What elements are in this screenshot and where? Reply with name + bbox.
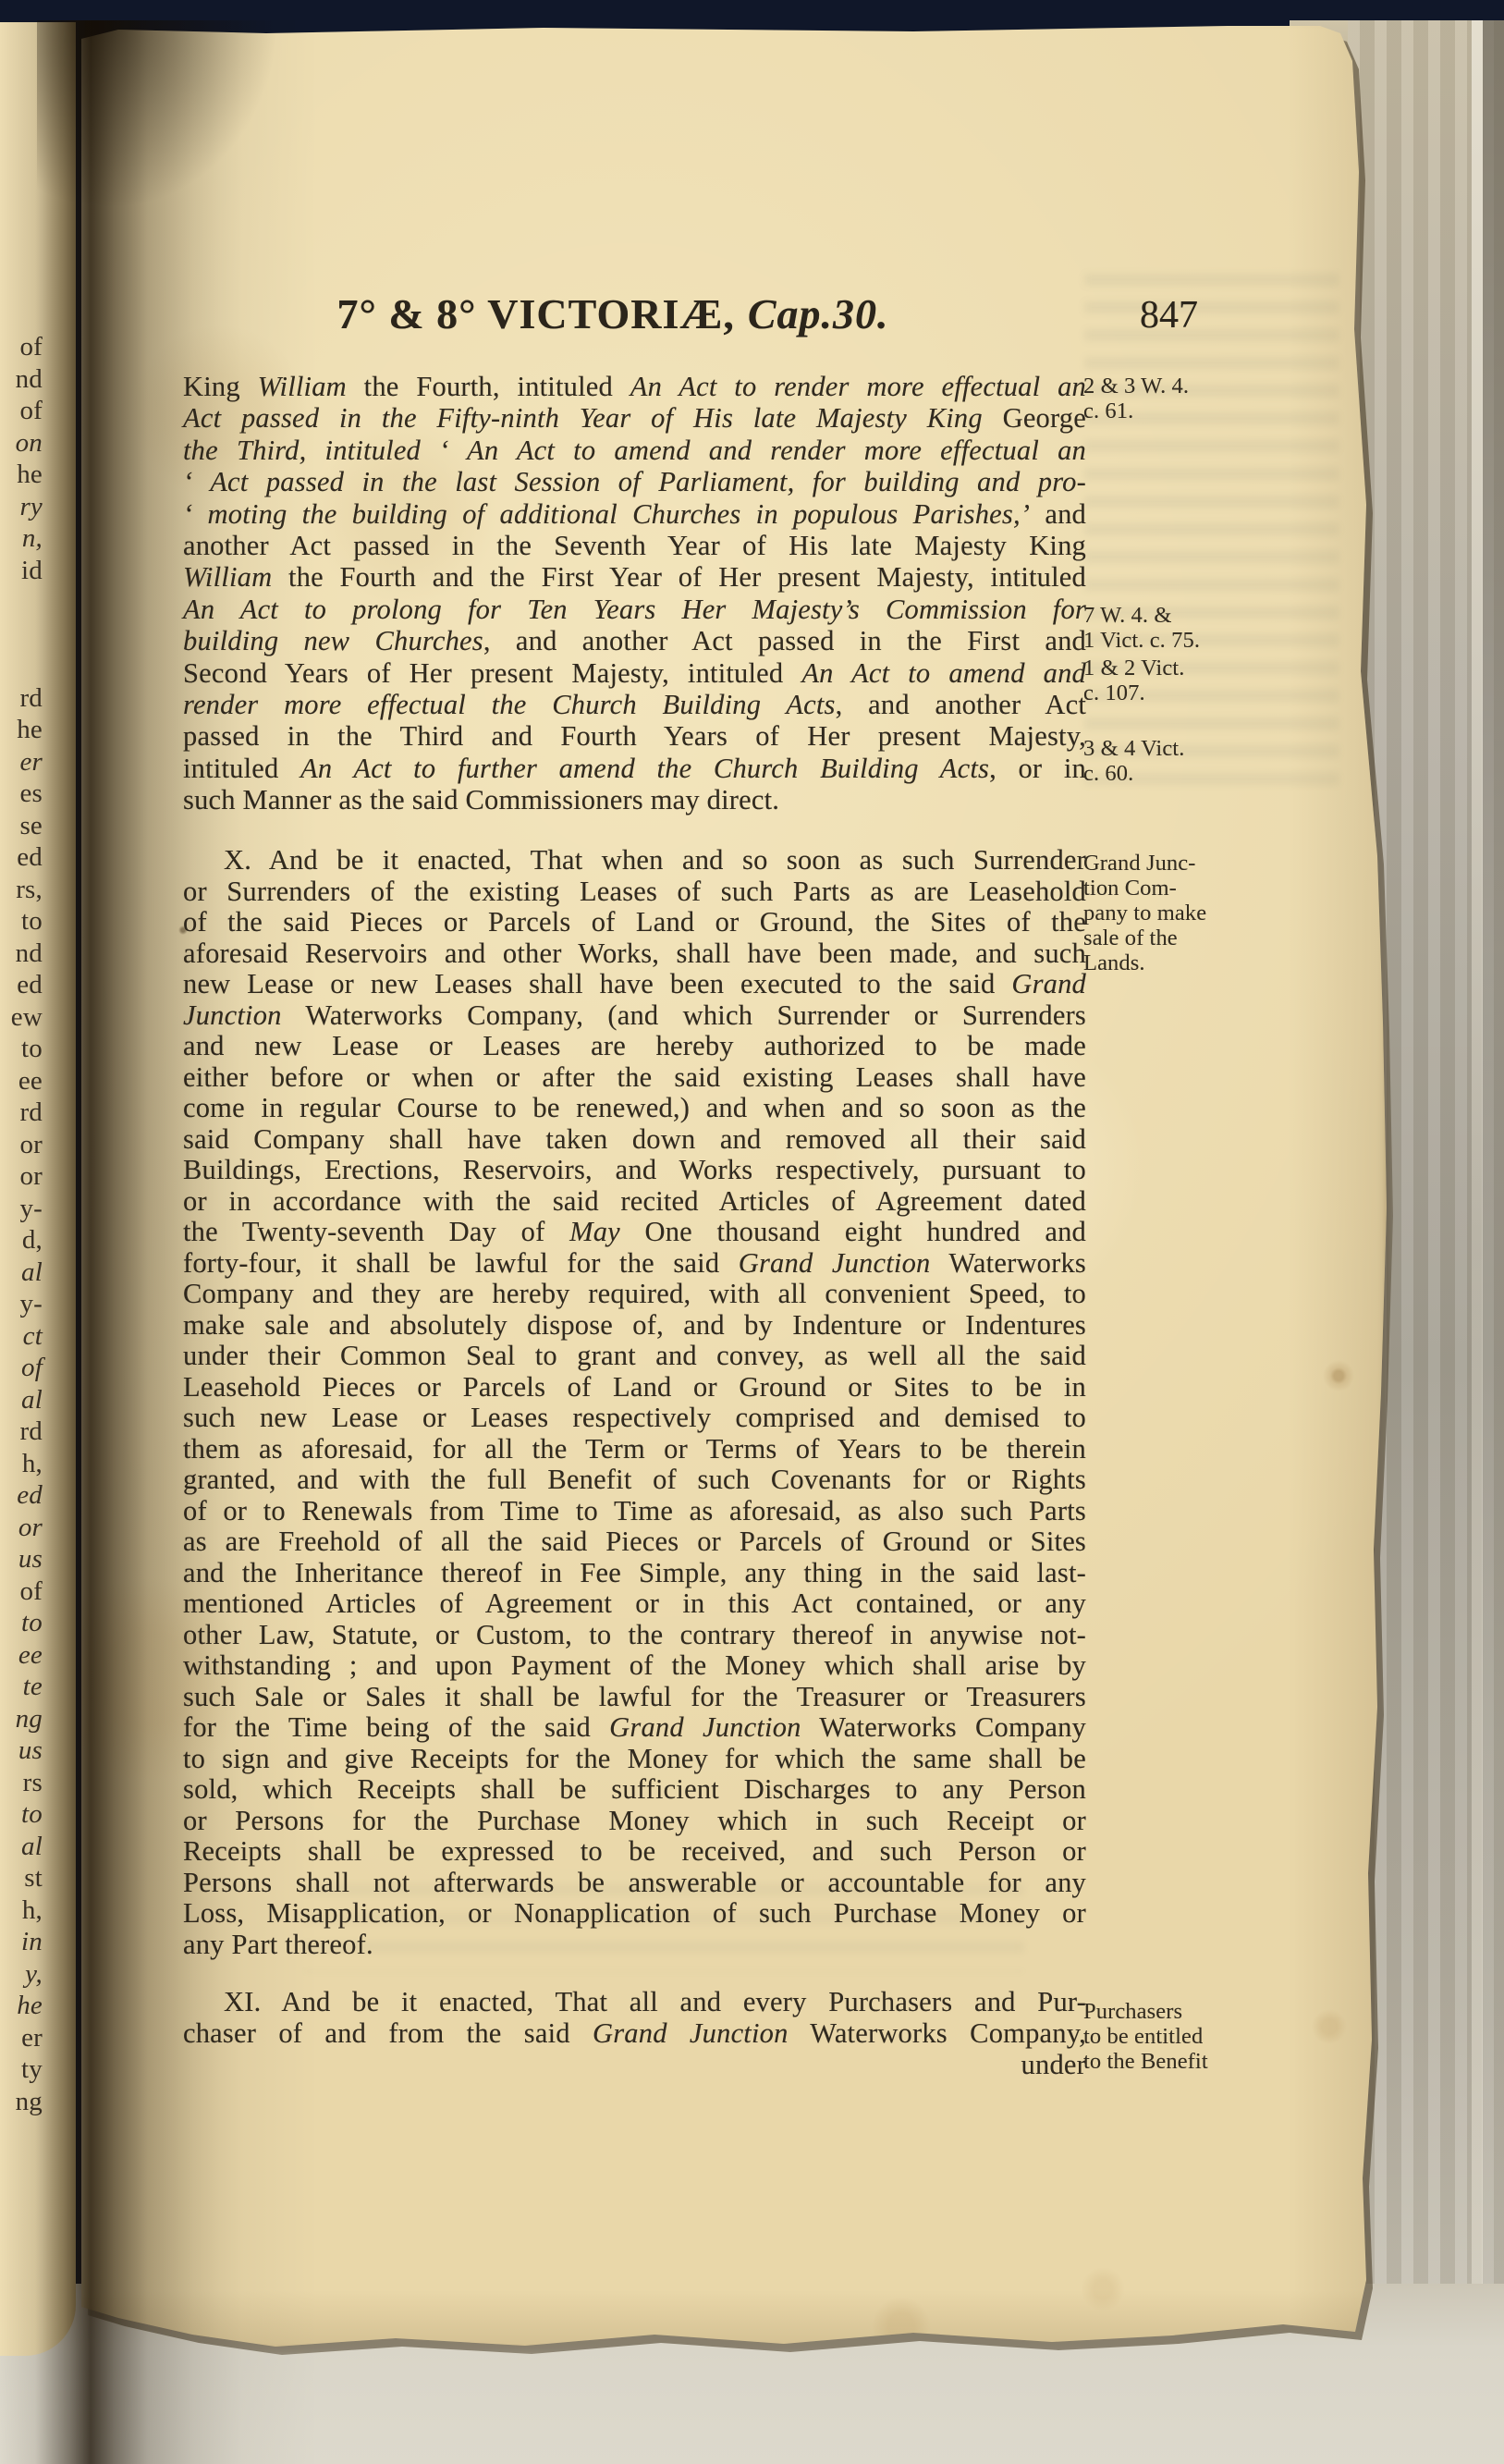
- roman-text: new Lease or new Leases shall have been …: [183, 968, 1011, 999]
- text-line: granted, and with the full Benefit of su…: [183, 1465, 1086, 1496]
- text-line: aforesaid Reservoirs and other Works, sh…: [183, 938, 1086, 970]
- text-line: under their Common Seal to grant and con…: [183, 1341, 1086, 1372]
- margin-note-line: pany to make: [1083, 901, 1314, 926]
- text-line: or Persons for the Purchase Money which …: [183, 1806, 1086, 1837]
- italic-text: us: [18, 1544, 43, 1574]
- text-line: the Third, intituled ‘ An Act to amend a…: [183, 435, 1086, 466]
- roman-text: withstanding ; and upon Payment of the M…: [183, 1649, 1086, 1681]
- page-edge-fragment: to: [0, 905, 43, 938]
- text-line: intituled An Act to further amend the Ch…: [183, 753, 1086, 784]
- margin-note-line: 3 & 4 Vict.: [1083, 736, 1314, 761]
- roman-text: 1 Vict. c. 75.: [1083, 628, 1200, 653]
- italic-text: te: [23, 1672, 43, 1701]
- roman-text: under their Common Seal to grant and con…: [183, 1340, 1086, 1371]
- italic-text: May: [569, 1216, 620, 1247]
- text-line: make sale and absolutely dispose of, and…: [183, 1310, 1086, 1342]
- italic-text: in: [21, 1927, 43, 1956]
- text-line: withstanding ; and upon Payment of the M…: [183, 1650, 1086, 1682]
- page-edge-fragment: y-: [0, 1193, 43, 1225]
- page-edge-fragment: ct: [0, 1320, 43, 1353]
- roman-text: of: [19, 396, 43, 425]
- page-edge-fragment: or: [0, 1512, 43, 1544]
- roman-text: Second Years of Her present Majesty, int…: [183, 657, 801, 689]
- page-edge-fragment: st: [0, 1862, 43, 1894]
- roman-text: mentioned Articles of Agreement or in th…: [183, 1588, 1086, 1619]
- italic-text: on: [16, 428, 43, 458]
- page-edge-fragment: id: [0, 555, 43, 587]
- page-edge-fragment: y-: [0, 1288, 43, 1320]
- running-header: 7° & 8° VICTORIÆ,Cap.30.: [174, 290, 1052, 338]
- page-edge-fragment: ew: [0, 1001, 43, 1034]
- roman-text: tion Com-: [1083, 876, 1177, 901]
- roman-text: the Fourth and the First Year of Her pre…: [272, 561, 1086, 593]
- italic-text: of: [21, 1353, 43, 1382]
- roman-text: ty: [21, 2054, 43, 2084]
- roman-text: to: [21, 1034, 43, 1063]
- roman-text: to the Benefit: [1083, 2049, 1208, 2074]
- roman-text: c. 60.: [1083, 761, 1133, 786]
- text-line: them as aforesaid, for all the Term or T…: [183, 1434, 1086, 1465]
- italic-text: Grand: [1011, 968, 1086, 999]
- page-edge-highlight: [1472, 20, 1483, 2464]
- text-line: ‘ moting the building of additional Chur…: [183, 498, 1086, 530]
- text-line: or in accordance with the said recited A…: [183, 1186, 1086, 1218]
- text-line: or Surrenders of the existing Leases of …: [183, 876, 1086, 908]
- roman-text: 7 W. 4. &: [1083, 603, 1172, 628]
- page-edge-fragment: nd: [0, 363, 43, 396]
- page-edge-fragment: ed: [0, 969, 43, 1001]
- roman-text: or Persons for the Purchase Money which …: [183, 1805, 1086, 1836]
- roman-text: such Manner as the said Commissioners ma…: [183, 784, 779, 815]
- text-line: for the Time being of the said Grand Jun…: [183, 1712, 1086, 1744]
- roman-text: c. 107.: [1083, 680, 1145, 705]
- page-edge-fragment: ng: [0, 2086, 43, 2118]
- italic-text: n,: [22, 523, 43, 553]
- margin-note-line: 7 W. 4. &: [1083, 603, 1314, 628]
- margin-note-line: 2 & 3 W. 4.: [1083, 374, 1314, 398]
- italic-text: William: [183, 561, 272, 593]
- page-edge-fragment: ry: [0, 491, 43, 523]
- margin-note-line: Purchasers: [1083, 1999, 1314, 2024]
- roman-text: pany to make: [1083, 901, 1206, 926]
- text-line: such Manner as the said Commissioners ma…: [183, 784, 1086, 815]
- text-line: of the said Pieces or Parcels of Land or…: [183, 907, 1086, 938]
- roman-text: and new Lease or Leases are hereby autho…: [183, 1030, 1086, 1061]
- roman-text: st: [24, 1863, 43, 1893]
- margin-note-line: c. 60.: [1083, 761, 1314, 786]
- margin-note: Grand Junc-tion Com-pany to makesale of …: [1083, 851, 1314, 975]
- roman-text: ed: [17, 970, 43, 999]
- roman-text: such new Lease or Leases respectively co…: [183, 1402, 1086, 1433]
- margin-note-line: 1 Vict. c. 75.: [1083, 628, 1314, 653]
- roman-text: d,: [22, 1225, 43, 1255]
- page-edge-fragment: er: [0, 746, 43, 778]
- roman-text: sold, which Receipts shall be sufficient…: [183, 1773, 1086, 1805]
- italic-text: ee: [18, 1640, 43, 1670]
- page-edge-fragment: he: [0, 714, 43, 746]
- roman-text: forty-four, it shall be lawful for the s…: [183, 1247, 739, 1279]
- roman-text: rs: [23, 1768, 43, 1797]
- roman-text: rd: [19, 1416, 43, 1446]
- italic-text: to: [21, 1799, 43, 1829]
- text-line: such new Lease or Leases respectively co…: [183, 1403, 1086, 1434]
- roman-text: X. And be it enacted, That when and so s…: [224, 844, 1086, 876]
- roman-text: rd: [19, 1097, 43, 1127]
- margin-note-line: c. 107.: [1083, 680, 1314, 705]
- roman-text: nd: [16, 938, 43, 968]
- italic-text: y,: [25, 1959, 43, 1989]
- roman-text: aforesaid Reservoirs and other Works, sh…: [183, 938, 1086, 969]
- facing-page-sliver: ofndofonheryn,id rdheeresseedrs,tondedew…: [0, 22, 76, 2356]
- roman-text: come in regular Course to be renewed,) a…: [183, 1092, 1086, 1123]
- roman-text: es: [19, 778, 43, 808]
- roman-text: rs,: [16, 875, 43, 904]
- page-edge-fragment: ee: [0, 1065, 43, 1097]
- text-line: building new Churches, and another Act p…: [183, 625, 1086, 656]
- roman-text: Receipts shall be expressed to be receiv…: [183, 1835, 1086, 1867]
- page-edge-fragment: te: [0, 1671, 43, 1703]
- page-edge-fragment: nd: [0, 938, 43, 970]
- page-edge-fragment: ty: [0, 2053, 43, 2086]
- page-edge-fragment: of: [0, 331, 43, 363]
- text-line: any Part thereof.: [183, 1930, 1086, 1961]
- italic-text: An Act to further amend the Church Build…: [300, 753, 989, 784]
- margin-note-line: Grand Junc-: [1083, 851, 1314, 876]
- roman-text: rd: [19, 683, 43, 713]
- italic-text: Junction: [183, 999, 282, 1031]
- text-line: Act passed in the Fifty-ninth Year of Hi…: [183, 402, 1086, 434]
- italic-text: ed: [17, 1480, 43, 1510]
- italic-text: al: [21, 1385, 43, 1415]
- italic-text: Act passed in the Fifty-ninth Year of Hi…: [183, 402, 983, 434]
- page-edge-fragment: al: [0, 1384, 43, 1416]
- text-line: come in regular Course to be renewed,) a…: [183, 1093, 1086, 1124]
- roman-text: George: [983, 402, 1086, 434]
- page-edge-fragment: [0, 650, 43, 682]
- italic-text: to: [21, 1608, 43, 1637]
- roman-text: Buildings, Erections, Reservoirs, and Wo…: [183, 1154, 1086, 1185]
- margin-note-line: c. 61.: [1083, 398, 1314, 423]
- text-line: Loss, Misapplication, or Nonapplication …: [183, 1898, 1086, 1930]
- roman-text: c. 61.: [1083, 398, 1133, 423]
- text-line: William the Fourth and the First Year of…: [183, 561, 1086, 593]
- title-chapter: Cap.30.: [748, 290, 889, 337]
- roman-text: id: [21, 556, 43, 585]
- roman-text: said Company shall have taken down and r…: [183, 1123, 1086, 1155]
- page-edge-fragment: of: [0, 1575, 43, 1608]
- page-edge-fragment: he: [0, 459, 43, 491]
- text-line: XI. And be it enacted, That all and ever…: [183, 1986, 1086, 2017]
- italic-text: building new Churches: [183, 625, 483, 656]
- roman-text: he: [17, 460, 43, 489]
- text-line: new Lease or new Leases shall have been …: [183, 969, 1086, 1000]
- text-line: and the Inheritance thereof in Fee Simpl…: [183, 1558, 1086, 1589]
- page-edge-fragment: ed: [0, 841, 43, 874]
- text-line: the Twenty-seventh Day of May One thousa…: [183, 1217, 1086, 1248]
- page-title: 7° & 8° VICTORIÆ,Cap.30.: [336, 290, 888, 338]
- roman-text: Waterworks Company,: [789, 2017, 1086, 2049]
- italic-text: al: [21, 1257, 43, 1287]
- roman-text: them as aforesaid, for all the Term or T…: [183, 1433, 1086, 1465]
- roman-text: to be entitled: [1083, 2024, 1203, 2049]
- page-edge-fragment: to: [0, 1798, 43, 1831]
- roman-text: Persons shall not afterwards be answerab…: [183, 1867, 1086, 1898]
- roman-text: Waterworks: [930, 1247, 1086, 1279]
- roman-text: make sale and absolutely dispose of, and…: [183, 1309, 1086, 1341]
- page-edge-fragment: ed: [0, 1479, 43, 1512]
- scanned-book-page: { "colors":{"bg":"#101729","paper":"#e9d…: [0, 0, 1504, 2464]
- title-text: 7° & 8° VICTORIÆ,: [336, 290, 734, 337]
- page-edge-fragment: [0, 619, 43, 651]
- text-line: Junction Waterworks Company, (and which …: [183, 1000, 1086, 1032]
- roman-text: Leasehold Pieces or Parcels of Land or G…: [183, 1371, 1086, 1403]
- margin-note: 3 & 4 Vict.c. 60.: [1083, 736, 1314, 786]
- italic-text: the Third, intituled ‘ An Act to amend a…: [183, 435, 1086, 466]
- text-line: of or to Renewals from Time to Time as a…: [183, 1496, 1086, 1527]
- roman-text: and: [1030, 498, 1086, 530]
- text-line: An Act to prolong for Ten Years Her Maje…: [183, 594, 1086, 625]
- roman-text: another Act passed in the Seventh Year o…: [183, 530, 1086, 561]
- roman-text: or Surrenders of the existing Leases of …: [183, 876, 1086, 907]
- page-edge-fragment: er: [0, 2022, 43, 2054]
- roman-text: to sign and give Receipts for the Money …: [183, 1743, 1086, 1774]
- text-line: Receipts shall be expressed to be receiv…: [183, 1836, 1086, 1868]
- page-edge-fragment: on: [0, 427, 43, 460]
- page-edge-fragment: in: [0, 1926, 43, 1958]
- page-edge-fragment: rs: [0, 1767, 43, 1799]
- paragraph-section-xi: XI. And be it enacted, That all and ever…: [183, 1986, 1086, 2080]
- italic-text: ‘ Act passed in the last Session of Parl…: [183, 466, 1086, 497]
- roman-text: other Law, Statute, or Custom, to the co…: [183, 1619, 1086, 1650]
- italic-text: he: [17, 1991, 43, 2020]
- page-edge-fragment: d,: [0, 1224, 43, 1257]
- roman-text: granted, and with the full Benefit of su…: [183, 1464, 1086, 1495]
- page-edge-fragment: h,: [0, 1448, 43, 1480]
- roman-text: h,: [22, 1449, 43, 1478]
- italic-text: William: [258, 371, 347, 402]
- roman-text: of the said Pieces or Parcels of Land or…: [183, 906, 1086, 938]
- page-edge-fragment: us: [0, 1735, 43, 1767]
- margin-note-line: 1 & 2 Vict.: [1083, 656, 1314, 680]
- margin-note-line: to be entitled: [1083, 2024, 1314, 2049]
- roman-text: passed in the Third and Fourth Years of …: [183, 720, 1086, 752]
- italic-text: An Act to amend and: [801, 657, 1086, 689]
- margin-note: 2 & 3 W. 4.c. 61.: [1083, 374, 1314, 423]
- text-line: and new Lease or Leases are hereby autho…: [183, 1031, 1086, 1062]
- showthrough-text-right-margin: [1084, 274, 1339, 791]
- italic-text: er: [19, 747, 43, 777]
- page-edge-fragment: to: [0, 1607, 43, 1639]
- roman-text: King: [183, 371, 258, 402]
- italic-text: An Act to prolong for Ten Years Her Maje…: [183, 594, 1086, 625]
- roman-text: intituled: [183, 753, 300, 784]
- text-line: forty-four, it shall be lawful for the s…: [183, 1248, 1086, 1280]
- text-line: Leasehold Pieces or Parcels of Land or G…: [183, 1372, 1086, 1404]
- page-edge-fragment: of: [0, 395, 43, 427]
- margin-note-line: to the Benefit: [1083, 2049, 1314, 2074]
- roman-text: XI. And be it enacted, That all and ever…: [224, 1986, 1086, 2017]
- page-edge-fragment: rd: [0, 1097, 43, 1129]
- paragraph-ix-continuation: King William the Fourth, intituled An Ac…: [183, 371, 1086, 815]
- text-block: King William the Fourth, intituled An Ac…: [183, 371, 1086, 2080]
- roman-text: se: [19, 811, 43, 840]
- roman-text: , and another Act: [836, 689, 1086, 720]
- italic-text: An Act to render more effectual an: [630, 371, 1086, 402]
- page-edge-fragment: al: [0, 1257, 43, 1289]
- roman-text: of: [19, 1576, 43, 1606]
- roman-text: y-: [19, 1289, 43, 1318]
- page-number: 847: [1140, 292, 1251, 338]
- page-edge-fragment: or: [0, 1129, 43, 1161]
- margin-note-line: tion Com-: [1083, 876, 1314, 901]
- page-edge-fragment: es: [0, 778, 43, 810]
- book-page: 7° & 8° VICTORIÆ,Cap.30. 847 King Willia…: [81, 24, 1389, 2355]
- roman-text: 1 & 2 Vict.: [1083, 656, 1184, 680]
- roman-text: any Part thereof.: [183, 1929, 373, 1960]
- roman-text: he: [17, 715, 43, 744]
- roman-text: or: [19, 1161, 43, 1191]
- page-edge-fragment: se: [0, 810, 43, 842]
- italic-text: al: [21, 1832, 43, 1861]
- roman-text: Purchasers: [1083, 1999, 1182, 2024]
- roman-text: Waterworks Company, (and which Surrender…: [282, 999, 1086, 1031]
- page-edge-fragment: us: [0, 1543, 43, 1575]
- edge-fragments: ofndofonheryn,id rdheeresseedrs,tondedew…: [0, 331, 43, 2117]
- italic-text: ng: [16, 1704, 43, 1734]
- text-line: chaser of and from the said Grand Juncti…: [183, 2017, 1086, 2049]
- italic-text: Grand Junction: [739, 1247, 931, 1279]
- text-line: mentioned Articles of Agreement or in th…: [183, 1588, 1086, 1620]
- text-line: another Act passed in the Seventh Year o…: [183, 530, 1086, 561]
- roman-text: nd: [16, 364, 43, 394]
- text-line: X. And be it enacted, That when and so s…: [183, 845, 1086, 876]
- roman-text: ew: [11, 1002, 43, 1032]
- roman-text: h,: [22, 1895, 43, 1925]
- italic-text: or: [18, 1513, 43, 1542]
- roman-text: the Fourth, intituled: [347, 371, 630, 402]
- margin-note: Purchasersto be entitledto the Benefit: [1083, 1999, 1314, 2074]
- text-line: as are Freehold of all the said Pieces o…: [183, 1526, 1086, 1558]
- roman-text: sale of the: [1083, 926, 1178, 950]
- page-edge-fragment: n,: [0, 522, 43, 555]
- text-line: passed in the Third and Fourth Years of …: [183, 720, 1086, 752]
- page-edge-fragment: to: [0, 1033, 43, 1065]
- text-line: under: [183, 2049, 1086, 2080]
- book-block-edge: [1483, 20, 1504, 2464]
- page-edge-fragment: rs,: [0, 874, 43, 906]
- italic-text: ct: [23, 1321, 43, 1351]
- roman-text: , and another Act passed in the First an…: [483, 625, 1086, 656]
- roman-text: Waterworks Company: [801, 1711, 1086, 1743]
- italic-text: render more effectual the Church Buildin…: [183, 689, 836, 720]
- margin-note-line: Lands.: [1083, 950, 1314, 975]
- roman-text: 2 & 3 W. 4.: [1083, 374, 1189, 398]
- roman-text: ed: [17, 842, 43, 872]
- page-edge-fragment: ee: [0, 1639, 43, 1672]
- italic-text: us: [18, 1735, 43, 1765]
- roman-text: under: [1021, 2049, 1086, 2080]
- roman-text: chaser of and from the said: [183, 2017, 593, 2049]
- roman-text: of or to Renewals from Time to Time as a…: [183, 1495, 1086, 1526]
- italic-text: ry: [19, 492, 43, 521]
- text-line: either before or when or after the said …: [183, 1062, 1086, 1094]
- page-edge-fragment: rd: [0, 682, 43, 715]
- text-line: to sign and give Receipts for the Money …: [183, 1744, 1086, 1775]
- roman-text: either before or when or after the said …: [183, 1061, 1086, 1093]
- roman-text: of: [19, 332, 43, 362]
- roman-text: , or in: [989, 753, 1086, 784]
- text-line: render more effectual the Church Buildin…: [183, 689, 1086, 720]
- roman-text: such Sale or Sales it shall be lawful fo…: [183, 1681, 1086, 1712]
- page-edge-fragment: rd: [0, 1416, 43, 1448]
- roman-text: as are Freehold of all the said Pieces o…: [183, 1526, 1086, 1557]
- text-line: said Company shall have taken down and r…: [183, 1124, 1086, 1156]
- text-line: Second Years of Her present Majesty, int…: [183, 657, 1086, 689]
- italic-text: Grand Junction: [609, 1711, 801, 1743]
- roman-text: Loss, Misapplication, or Nonapplication …: [183, 1897, 1086, 1929]
- text-line: sold, which Receipts shall be sufficient…: [183, 1774, 1086, 1806]
- roman-text: One thousand eight hundred and: [620, 1216, 1086, 1247]
- page-edge-fragment: he: [0, 1990, 43, 2022]
- text-line: King William the Fourth, intituled An Ac…: [183, 371, 1086, 402]
- page-edge-fragment: or: [0, 1160, 43, 1193]
- roman-text: for the Time being of the said: [183, 1711, 609, 1743]
- roman-text: or in accordance with the said recited A…: [183, 1185, 1086, 1217]
- paragraph-section-x: X. And be it enacted, That when and so s…: [183, 845, 1086, 1960]
- text-line: Buildings, Erections, Reservoirs, and Wo…: [183, 1155, 1086, 1186]
- page-edge-fragment: h,: [0, 1894, 43, 1927]
- roman-text: and the Inheritance thereof in Fee Simpl…: [183, 1557, 1086, 1588]
- page-edge-fragment: y,: [0, 1958, 43, 1991]
- roman-text: or: [19, 1130, 43, 1159]
- text-line: Company and they are hereby required, wi…: [183, 1279, 1086, 1310]
- text-line: Persons shall not afterwards be answerab…: [183, 1868, 1086, 1899]
- roman-text: 3 & 4 Vict.: [1083, 736, 1184, 761]
- text-line: other Law, Statute, or Custom, to the co…: [183, 1620, 1086, 1651]
- roman-text: Grand Junc-: [1083, 851, 1196, 876]
- italic-text: Grand Junction: [593, 2017, 789, 2049]
- margin-note: 1 & 2 Vict.c. 107.: [1083, 656, 1314, 705]
- text-line: ‘ Act passed in the last Session of Parl…: [183, 466, 1086, 497]
- roman-text: Company and they are hereby required, wi…: [183, 1278, 1086, 1309]
- page-edge-fragment: [0, 586, 43, 619]
- page-edge-fragment: al: [0, 1831, 43, 1863]
- roman-text: the Twenty-seventh Day of: [183, 1216, 569, 1247]
- page-edge-fragment: of: [0, 1352, 43, 1384]
- roman-text: Lands.: [1083, 950, 1145, 975]
- margin-note-line: sale of the: [1083, 926, 1314, 950]
- roman-text: ee: [18, 1066, 43, 1096]
- text-line: such Sale or Sales it shall be lawful fo…: [183, 1682, 1086, 1713]
- roman-text: y-: [19, 1194, 43, 1223]
- roman-text: er: [21, 2023, 43, 2053]
- margin-note: 7 W. 4. &1 Vict. c. 75.: [1083, 603, 1314, 653]
- roman-text: ng: [16, 2087, 43, 2116]
- roman-text: to: [21, 906, 43, 936]
- italic-text: ‘ moting the building of additional Chur…: [183, 498, 1030, 530]
- page-edge-fragment: ng: [0, 1703, 43, 1735]
